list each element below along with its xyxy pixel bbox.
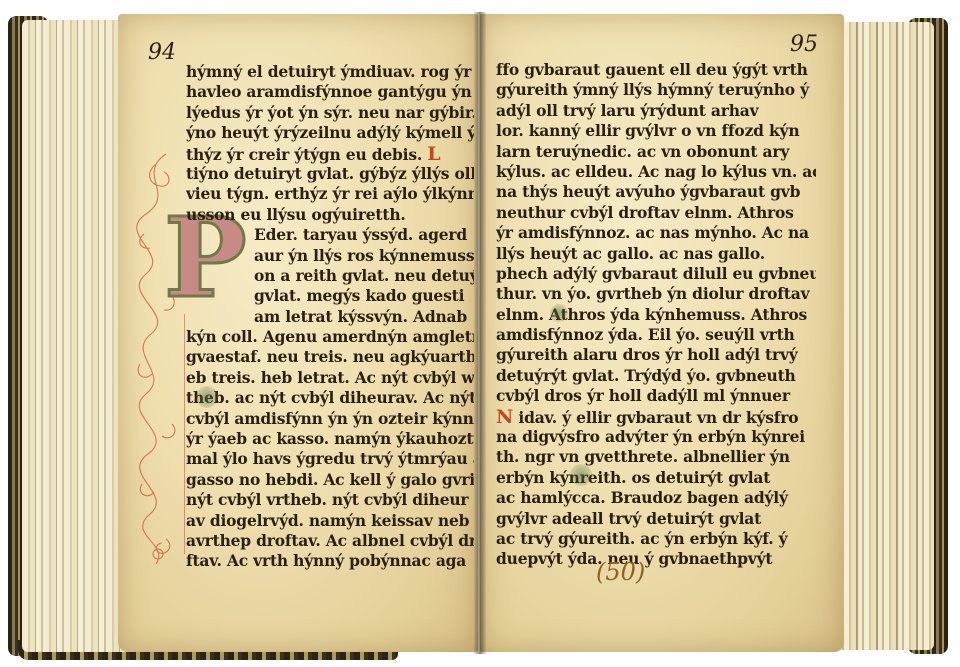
- folio-number: 94: [148, 40, 176, 65]
- text-line: gvýlvr adeall trvý detuirýt gvlat: [496, 509, 816, 529]
- text-line: nýt cvbýl vrtheb. nýt cvbýl diheur: [186, 490, 474, 510]
- text-line: adýl oll trvý laru ýrýdunt arhav: [496, 101, 816, 121]
- text-line: avrthep droftav. Ac albnel cvbýl dro: [186, 531, 474, 551]
- text-line: ýr ýaeb ac kasso. namýn ýkauhoztwý: [186, 429, 474, 449]
- text-line: phech adýlý gvbaraut dilull eu gvbneu: [496, 264, 816, 284]
- left-page-text: hýmný el detuiryt ýmdiuav. rog ýr havleo…: [186, 62, 474, 572]
- text-line: ac hamlýcca. Braudoz bagen adýlý: [496, 488, 816, 508]
- rubricated-letter: L: [427, 143, 440, 165]
- text-line: usson eu llýsu ogýuiretth.: [186, 205, 474, 225]
- text-line: elnm. Athros ýda kýnhemuss. Athros: [496, 305, 816, 325]
- ink-stain: [196, 386, 218, 408]
- text-line: ýr amdisfýnnoz. ac nas mýnho. Ac na: [496, 223, 816, 243]
- text-line: llýs heuýt ac gallo. ac nas gallo.: [496, 244, 816, 264]
- text-line: cvbýl amdisfýnn ýn ýn ozteir kýnnaf: [186, 409, 474, 429]
- right-page-text: ffo gvbaraut gauent ell deu ýgýt vrth gý…: [496, 60, 816, 570]
- text-line: gasso no hebdi. Ac kell ý galo gvrimir: [186, 470, 474, 490]
- text-line: gvlat. megýs kado guesti: [186, 286, 474, 306]
- text-line: th. ngr vn gvetthrete. albnellier ýn: [496, 447, 816, 467]
- shelfmark: (50): [596, 558, 645, 586]
- text-line: cvbýl dros ýr holl dadýll ml ýnnuer: [496, 386, 816, 406]
- ruling-line: [184, 314, 185, 554]
- text-line: neuthur cvbýl droftav elnm. Athros: [496, 203, 816, 223]
- ink-stain: [550, 304, 568, 322]
- text-line: havleo aramdisfýnnoe gantýgu ýn dý: [186, 82, 474, 102]
- folio-number: 95: [790, 32, 818, 57]
- right-page: 95 ffo gvbaraut gauent ell deu ýgýt vrth…: [480, 14, 844, 652]
- text-line: mal ýlo havs ýgredu trvý ýtmrýau a: [186, 449, 474, 469]
- text-line: lýedus ýr ýot ýn sýr. neu nar gýbir. ae: [186, 103, 474, 123]
- text-line: av diogelrvýd. namýn keissav neb ýn: [186, 511, 474, 531]
- text-line: na digvýsfro advýter ýn erbýn kýnrei: [496, 427, 816, 447]
- text-line: Eder. taryau ýssýd. agerd: [186, 225, 474, 245]
- text-line: vieu týgn. erthýz ýr rei aýlo ýlkýnnen: [186, 184, 474, 204]
- text-line: detuýrýt gvlat. Trýdýd ýo. gvbneuth: [496, 366, 816, 386]
- text-line: ac trvý gýureith. ac ýn erbýn kýf. ý: [496, 529, 816, 549]
- rubricated-letter: N: [496, 406, 513, 428]
- text-line: eb treis. heb letrat. Ac nýt cvbýl w: [186, 368, 474, 388]
- text-line: on a reith gvlat. neu detuýr: [186, 266, 474, 286]
- text-segment: thýz ýr creir ýtýgn eu debis.: [186, 145, 422, 164]
- text-line: ffo gvbaraut gauent ell deu ýgýt vrth: [496, 60, 816, 80]
- text-line: ýno heuýt ýrýzeilnu adýlý kýmell ý: [186, 123, 474, 143]
- text-line: am letrat kýssvýn. Adnab: [186, 307, 474, 327]
- text-line: gvaestaf. neu treis. neu agkýuarth h: [186, 347, 474, 367]
- text-segment: idav. ý ellir gvbaraut vn dr kýsfro: [518, 408, 798, 427]
- text-line: na thýs heuýt avýuho ýgvbaraut gvb: [496, 182, 816, 202]
- text-line: erbýn kýnreith. os detuirýt gvlat: [496, 468, 816, 488]
- text-line: kýn coll. Agenu amerdnýn amgletrat: [186, 327, 474, 347]
- left-page: 94 P hýmný el detuiryt ýmdiuav. rog ýr h…: [118, 14, 478, 652]
- text-line: duepvýt ýda. neu ý gvbnaethpvýt: [496, 549, 816, 569]
- text-line: N idav. ý ellir gvbaraut vn dr kýsfro: [496, 407, 816, 427]
- manuscript-book: 94 P hýmný el detuiryt ýmdiuav. rog ýr h…: [8, 12, 948, 660]
- text-line: larn teruýnedic. ac vn obonunt ary: [496, 142, 816, 162]
- text-line: kýlus. ac elldeu. Ac nag lo kýlus vn. ac: [496, 162, 816, 182]
- text-line: amdisfýnnoz ýda. Eil ýo. seuýll vrth: [496, 325, 816, 345]
- text-line: tiýno detuiryt gvlat. gýbýz ýllýs oll: [186, 164, 474, 184]
- text-line: theb. ac nýt cvbýl diheurav. Ac nýt: [186, 388, 474, 408]
- text-line: aur ýn llýs ros kýnnemuss: [186, 246, 474, 266]
- text-line: gýureith alaru dros ýr holl adýl trvý: [496, 345, 816, 365]
- text-line: lor. kanný ellir gvýlvr o vn ffozd kýn: [496, 121, 816, 141]
- text-line: ftav. Ac vrth hýnný pobýnnac aga: [186, 551, 474, 571]
- text-line: hýmný el detuiryt ýmdiuav. rog ýr: [186, 62, 474, 82]
- page-edges-left: [22, 20, 132, 652]
- book-gutter: [474, 12, 486, 654]
- text-line: thýz ýr creir ýtýgn eu debis. L: [186, 144, 474, 164]
- text-line: thur. vn ýo. gvrtheb ýn diolur droftav: [496, 284, 816, 304]
- text-line: gýureith ýmný llýs hýmný teruýnho ý: [496, 80, 816, 100]
- ink-stain: [570, 464, 592, 486]
